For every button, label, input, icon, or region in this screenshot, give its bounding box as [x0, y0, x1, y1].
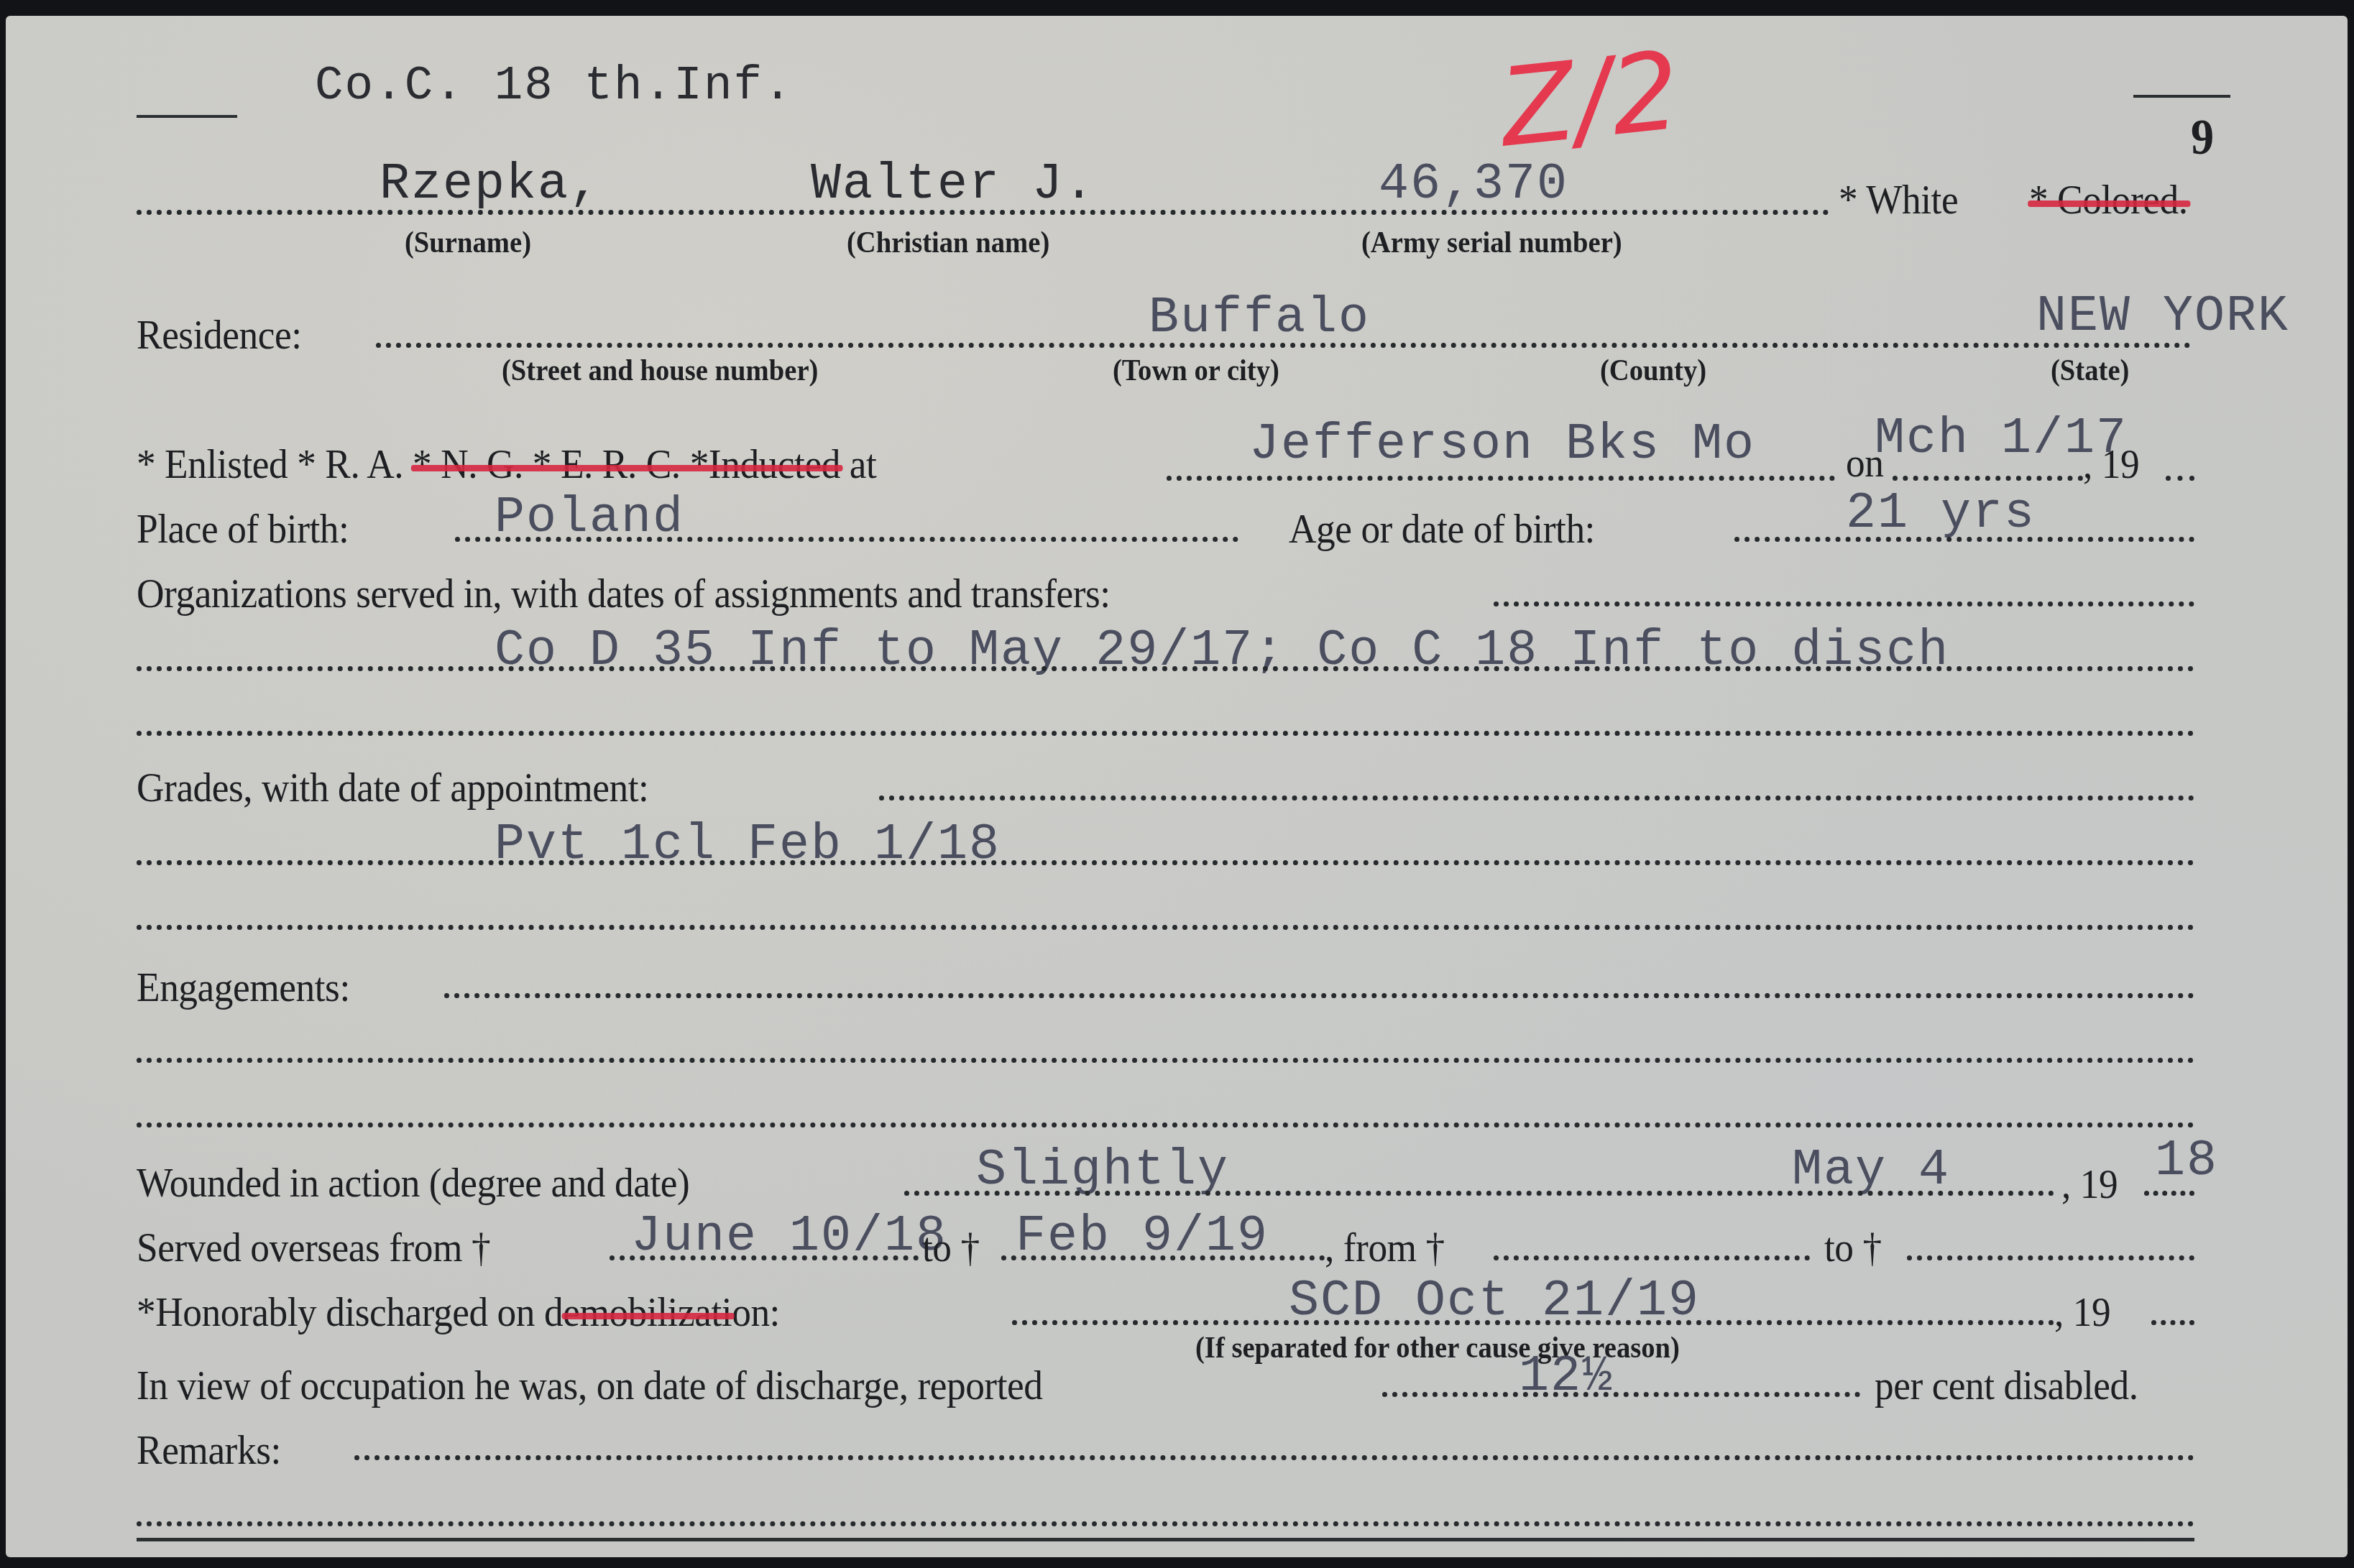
remarks-label: Remarks: — [137, 1426, 281, 1474]
engagements-line-0 — [444, 993, 2194, 998]
christian-name-caption: (Christian name) — [847, 226, 1049, 260]
discharge-label-suffix: on: — [732, 1288, 780, 1335]
enlistment-date-line — [1893, 476, 2083, 481]
ng-option: * N. G. — [413, 441, 523, 487]
serial-number-caption: (Army serial number) — [1361, 226, 1622, 260]
residence-label: Residence: — [137, 310, 302, 359]
overseas-to2-label: to † — [1824, 1223, 1882, 1271]
overseas-to-line — [1001, 1255, 1325, 1260]
discharge-year-line — [2151, 1320, 2194, 1325]
organizations-entry: Co D 35 Inf to May 29/17; Co C 18 Inf to… — [495, 623, 1949, 680]
remarks-line-0 — [354, 1455, 2194, 1460]
christian-name-value: Walter J. — [811, 157, 1095, 213]
discharge-year-label: , 19 — [2054, 1288, 2110, 1336]
grades-line-2 — [137, 925, 2194, 930]
overseas-label: Served overseas from † — [137, 1223, 490, 1271]
header-rule — [137, 115, 237, 118]
grades-line-1 — [137, 860, 2194, 865]
discharge-label-struck: emobilizati — [563, 1288, 732, 1335]
organizations-line-0 — [1494, 601, 2194, 607]
disability-value: 12½ — [1519, 1349, 1614, 1406]
enlistment-year-line — [2166, 476, 2194, 481]
red-pencil-annotation: Z/2 — [1495, 28, 1686, 171]
organizations-line-1 — [137, 666, 2194, 671]
enlistment-place-value: Jefferson Bks Mo — [1249, 417, 1755, 474]
birthplace-line — [455, 537, 1238, 542]
organizations-label: Organizations served in, with dates of a… — [137, 569, 1111, 617]
engagements-label: Engagements: — [137, 963, 350, 1011]
county-caption: (County) — [1600, 354, 1706, 388]
wounded-line — [904, 1191, 2054, 1196]
engagements-line-2 — [137, 1122, 2194, 1127]
surname-caption: (Surname) — [405, 226, 531, 260]
service-record-card: Co.C. 18 th.Inf. Z/2 9 Rzepka, Walter J.… — [6, 16, 2348, 1557]
race-colored-option: * Colored. — [2029, 175, 2188, 223]
remarks-line-1 — [137, 1521, 2194, 1526]
organizations-line-2 — [137, 731, 2194, 736]
ra-option: * R. A. — [297, 441, 403, 487]
card-number: 9 — [2191, 109, 2214, 167]
residence-state-value: NEW YORK — [2036, 289, 2289, 346]
unit-header: Co.C. 18 th.Inf. — [315, 59, 794, 113]
disability-suffix: per cent disabled. — [1875, 1361, 2138, 1409]
overseas-to-label: to † — [922, 1223, 980, 1271]
age-value: 21 yrs — [1846, 486, 2036, 543]
wounded-year-line — [2144, 1191, 2194, 1196]
overseas-from-line — [610, 1255, 919, 1260]
inducted-option: *Inducted — [690, 441, 840, 487]
grades-label: Grades, with date of appointment: — [137, 763, 648, 811]
wounded-year-value: 18 — [2155, 1133, 2218, 1190]
overseas-from2-line — [1494, 1255, 1810, 1260]
grades-entry: Pvt 1cl Feb 1/18 — [495, 817, 1001, 874]
residence-line — [376, 343, 2191, 348]
card-number-rule — [2133, 95, 2230, 98]
discharge-line — [1012, 1320, 2054, 1325]
serial-number-value: 46,370 — [1379, 157, 1568, 213]
enlisted-option: * Enlisted — [137, 441, 288, 487]
engagements-line-1 — [137, 1058, 2194, 1063]
grades-line-0 — [879, 795, 2194, 801]
overseas-from2-label: , from † — [1325, 1223, 1445, 1271]
age-label: Age or date of birth: — [1289, 504, 1595, 553]
race-white-option: * White — [1839, 175, 1958, 223]
enlistment-place-line — [1167, 476, 1835, 481]
street-caption: (Street and house number) — [502, 354, 818, 388]
erc-option: * E. R. C. — [533, 441, 681, 487]
state-caption: (State) — [2051, 354, 2129, 388]
struck-enlistment-options: * N. G. * E. R. C. *Inducted — [413, 441, 840, 487]
discharge-asterisk: * — [137, 1288, 155, 1335]
wounded-year-label: , 19 — [2061, 1160, 2118, 1208]
overseas-to2-line — [1907, 1255, 2194, 1260]
race-colored-struck: * Colored. — [2029, 176, 2188, 223]
wounded-label: Wounded in action (degree and date) — [137, 1158, 689, 1207]
birthplace-label: Place of birth: — [137, 504, 349, 553]
bottom-rule — [137, 1538, 2194, 1541]
name-line — [137, 210, 1829, 215]
at-label: at — [850, 441, 877, 487]
discharge-label-prefix: Honorably discharged on d — [155, 1288, 563, 1335]
discharge-label: *Honorably discharged on demobilization: — [137, 1288, 780, 1336]
enlistment-type-row: * Enlisted * R. A. * N. G. * E. R. C. *I… — [137, 440, 876, 488]
surname-value: Rzepka, — [380, 157, 601, 213]
residence-town-value: Buffalo — [1149, 290, 1370, 347]
enlistment-year-label: , 19 — [2083, 440, 2139, 488]
disability-line — [1382, 1392, 1860, 1397]
age-line — [1734, 537, 2194, 542]
town-caption: (Town or city) — [1113, 354, 1279, 388]
disability-label: In view of occupation he was, on date of… — [137, 1361, 1043, 1409]
